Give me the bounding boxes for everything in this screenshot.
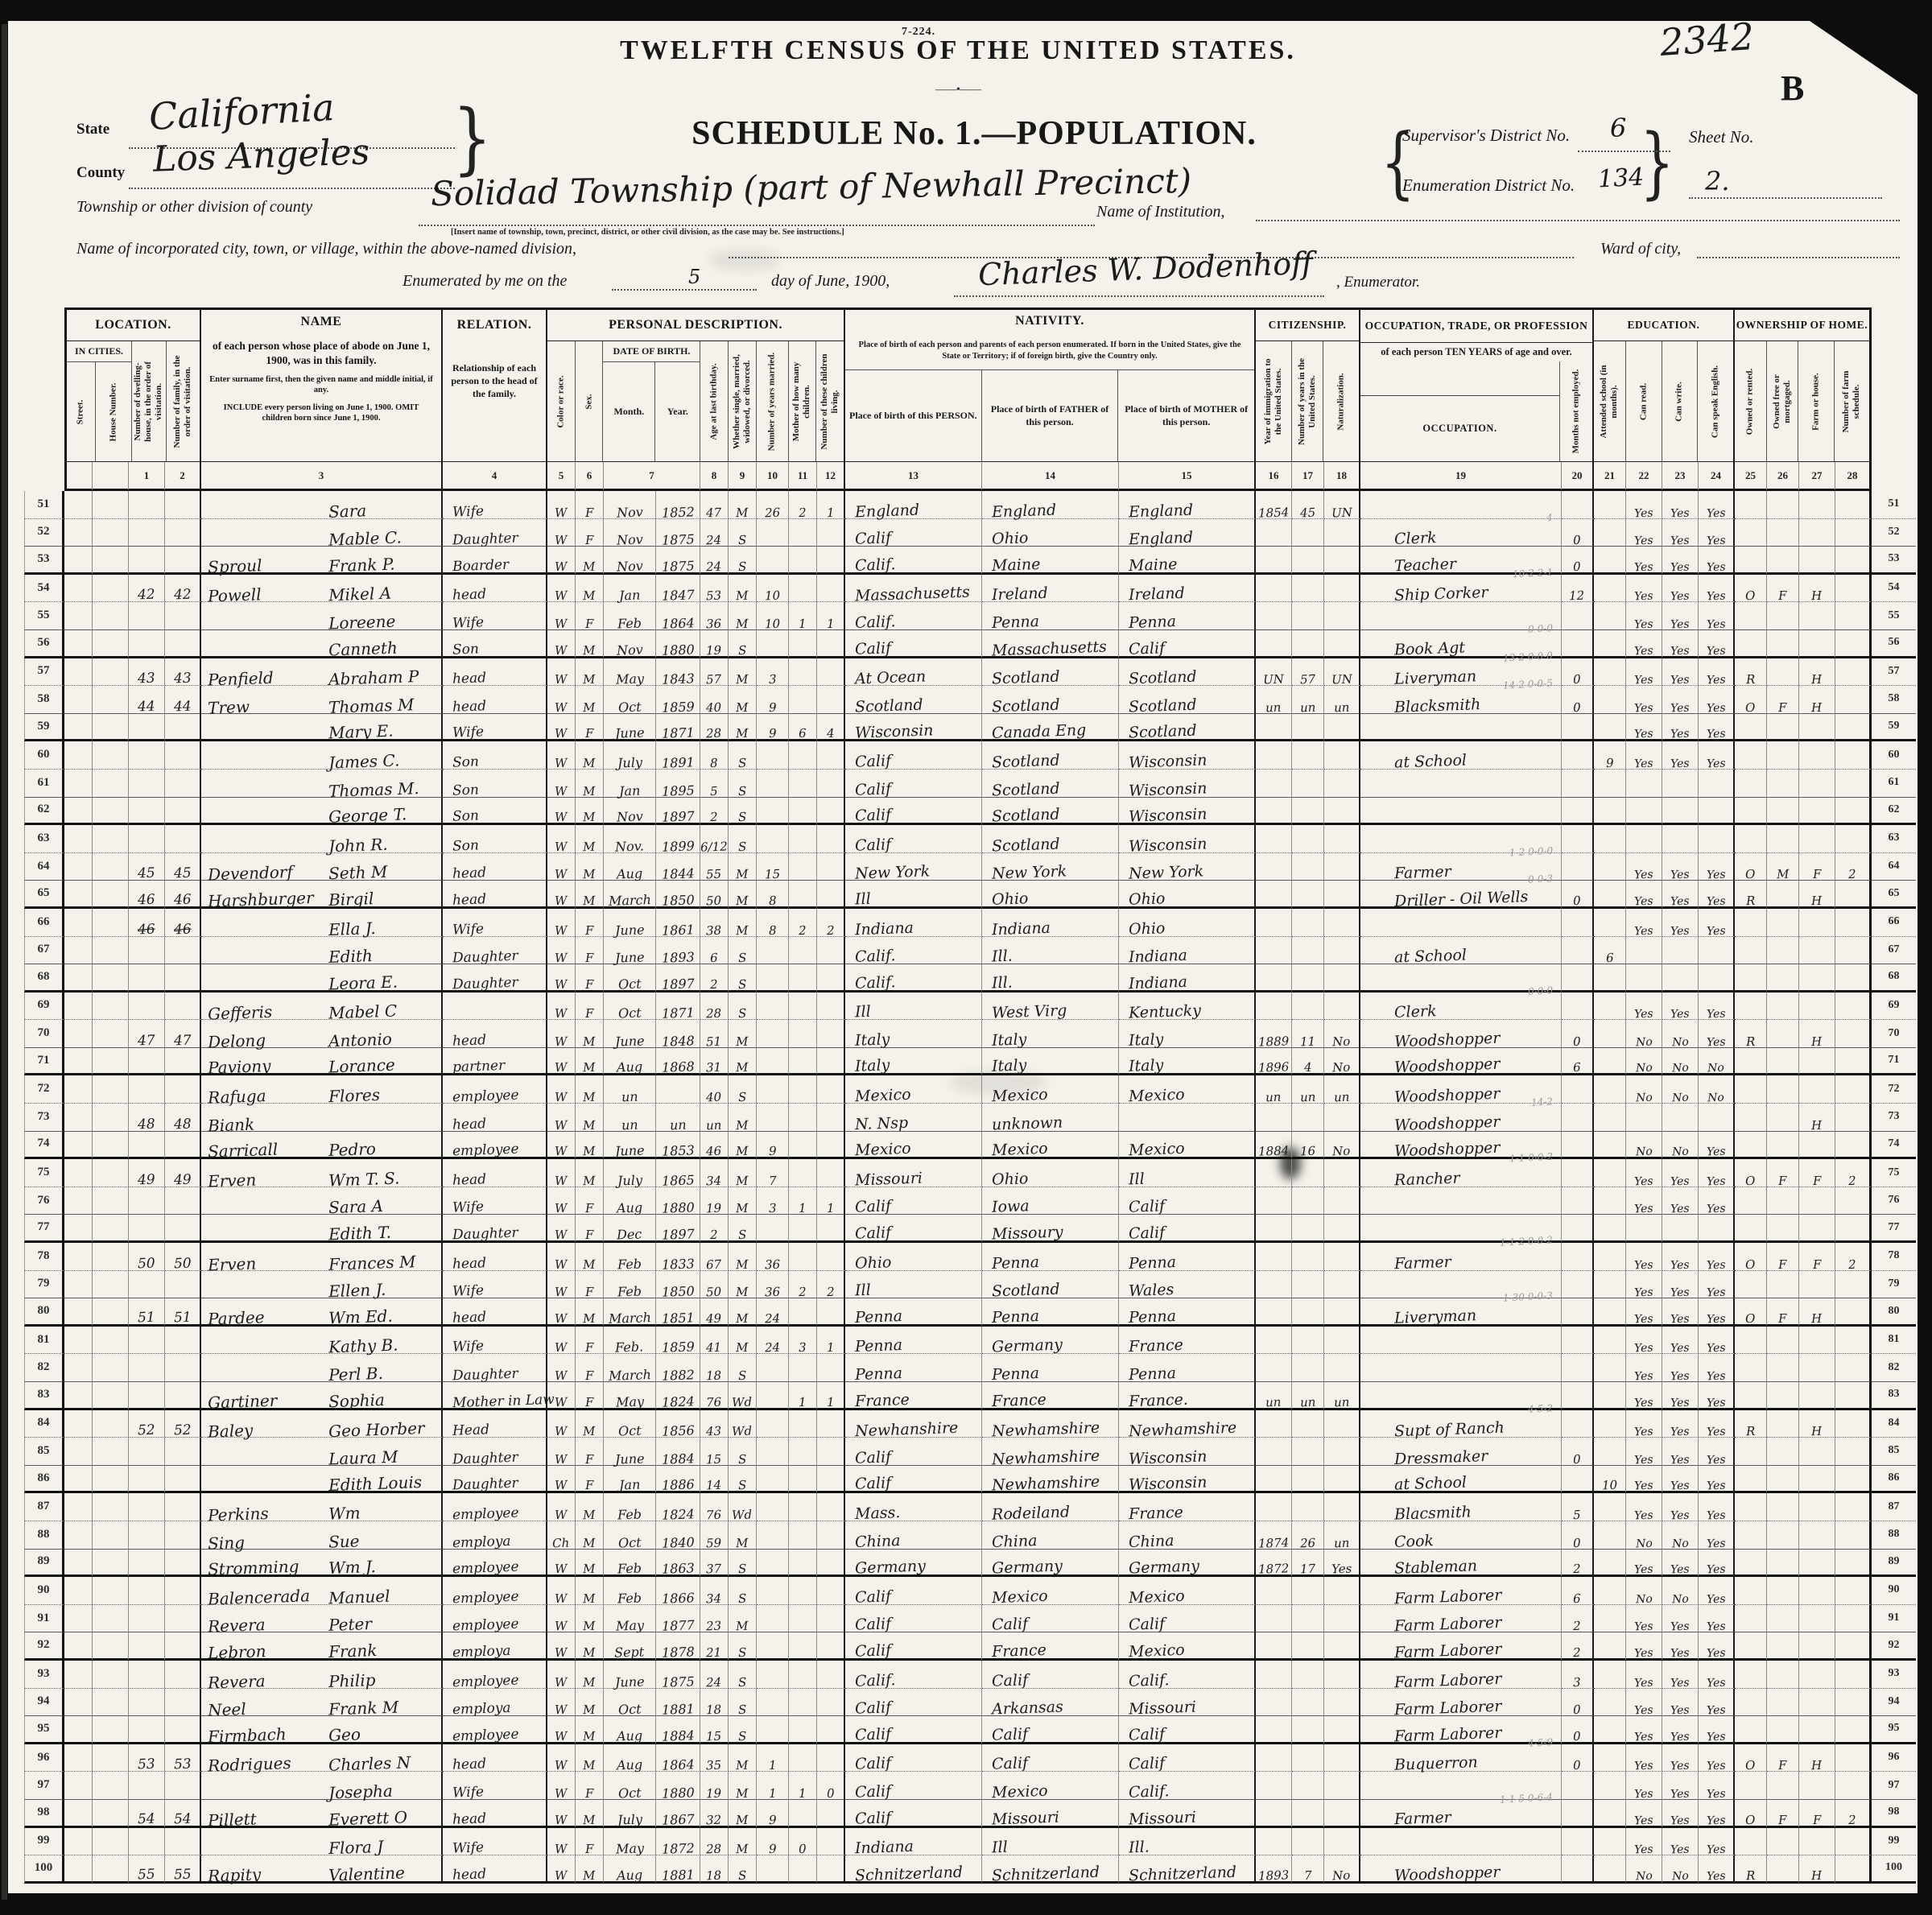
cell-im-row-76 — [1256, 1187, 1292, 1215]
cell-mc-row-54 — [789, 575, 817, 603]
cell-street-row-86 — [64, 1466, 93, 1494]
column-group-education: EDUCATION. Attended school (in months). … — [1594, 307, 1735, 462]
cell-ms-row-85: S — [729, 1438, 757, 1466]
cell-im-row-80 — [1256, 1298, 1292, 1327]
county-line — [129, 187, 455, 189]
cell-b1-row-80: Penna — [845, 1298, 982, 1327]
cell-o3-row-84: H — [1799, 1410, 1835, 1438]
cell-b2-row-96: Calif — [982, 1744, 1119, 1773]
cell-name-row-97: Josepha — [201, 1772, 443, 1800]
cell-na-row-52 — [1324, 519, 1360, 547]
cell-street-row-91 — [64, 1605, 93, 1633]
cell-o2-row-100 — [1767, 1855, 1799, 1884]
cell-f-row-90 — [165, 1577, 201, 1605]
cell-ms-row-55: M — [729, 602, 757, 630]
cell-name-row-94: NeelFrank M — [201, 1689, 443, 1717]
cell-en-row-89: Yes — [1699, 1550, 1735, 1578]
cell-o2-row-72 — [1767, 1075, 1799, 1104]
cell-street-row-68 — [64, 964, 93, 993]
cell-name-row-57: PenfieldAbraham P — [201, 658, 443, 687]
cell-o2-row-60 — [1767, 741, 1799, 770]
cell-mc-row-57 — [789, 658, 817, 687]
cell-house-row-65 — [93, 881, 129, 909]
cell-house-row-80 — [93, 1298, 129, 1327]
row-number-left-68: 68 — [24, 964, 64, 993]
row-number-left-69: 69 — [24, 993, 64, 1021]
row-number-left-72: 72 — [24, 1075, 64, 1104]
cell-f-row-82 — [165, 1354, 201, 1382]
cell-mu-row-91: 2 — [1562, 1605, 1594, 1633]
cell-mo-row-99: May — [604, 1828, 656, 1856]
row-number-left-83: 83 — [24, 1382, 64, 1410]
cell-mu-row-80 — [1562, 1298, 1594, 1327]
cell-c-row-76: W — [547, 1187, 576, 1215]
cell-mo-row-51: Nov — [604, 491, 656, 519]
cell-oc-row-99 — [1360, 1828, 1562, 1856]
colnum-11: 11 — [789, 462, 817, 491]
cell-f-row-58: 44 — [165, 686, 201, 714]
cell-yr-row-60: 1891 — [656, 741, 700, 770]
cell-o2-row-99 — [1767, 1828, 1799, 1856]
row-number-left-52: 52 — [24, 519, 64, 547]
cell-mc-row-53 — [789, 547, 817, 575]
row-number-left-86: 86 — [24, 1466, 64, 1494]
cell-sc-row-55 — [1594, 602, 1626, 630]
cell-wr-row-67 — [1662, 937, 1699, 965]
cell-rel-row-92: employa — [443, 1632, 547, 1661]
cell-yu-row-89: 17 — [1292, 1550, 1324, 1578]
cell-b2-row-84: Newhamshire — [982, 1410, 1119, 1438]
cell-en-row-81: Yes — [1699, 1327, 1735, 1355]
cell-b2-row-79: Scotland — [982, 1271, 1119, 1299]
cell-sc-row-51 — [1594, 491, 1626, 519]
cell-yr-row-96: 1864 — [656, 1744, 700, 1773]
cell-o2-row-78: F — [1767, 1243, 1799, 1271]
cell-f-row-76 — [165, 1187, 201, 1215]
row-number-right-51: 51 — [1872, 491, 1916, 519]
cell-d-row-88 — [129, 1521, 165, 1550]
cell-house-row-86 — [93, 1466, 129, 1494]
cell-na-row-93 — [1324, 1661, 1360, 1689]
cell-f-row-62 — [165, 798, 201, 826]
cell-name-row-74: SarricallPedro — [201, 1132, 443, 1160]
personal-description-heading: PERSONAL DESCRIPTION. — [547, 310, 844, 341]
cell-mc-row-76: 1 — [789, 1187, 817, 1215]
cell-sx-row-73: M — [576, 1104, 604, 1132]
cell-b1-row-68: Calif. — [845, 964, 982, 993]
cell-wr-row-61 — [1662, 770, 1699, 798]
cell-b3-row-85: Wisconsin — [1119, 1438, 1256, 1466]
cell-f-row-59 — [165, 714, 201, 742]
cell-rd-row-97: Yes — [1626, 1772, 1662, 1800]
colnum-24: 24 — [1699, 462, 1735, 491]
cell-o3-row-74 — [1799, 1132, 1835, 1160]
row-number-left-78: 78 — [24, 1243, 64, 1271]
cell-o3-row-54: H — [1799, 575, 1835, 603]
cell-cl-row-78 — [817, 1243, 845, 1271]
cell-na-row-94 — [1324, 1689, 1360, 1717]
cell-house-row-98 — [93, 1800, 129, 1828]
institution-line — [1256, 219, 1900, 221]
cell-na-row-65 — [1324, 881, 1360, 909]
cell-o2-row-66 — [1767, 909, 1799, 937]
cell-house-row-77 — [93, 1215, 129, 1243]
cell-d-row-56 — [129, 630, 165, 658]
cell-o3-row-92 — [1799, 1632, 1835, 1661]
cell-rd-row-62 — [1626, 798, 1662, 826]
cell-c-row-55: W — [547, 602, 576, 630]
cell-f-row-70: 47 — [165, 1020, 201, 1048]
colnum-19: 19 — [1360, 462, 1562, 491]
cell-mc-row-65 — [789, 881, 817, 909]
cell-sx-row-70: M — [576, 1020, 604, 1048]
row-number-right-90: 90 — [1872, 1577, 1916, 1605]
cell-sc-row-88 — [1594, 1521, 1626, 1550]
row-number-right-54: 54 — [1872, 575, 1916, 603]
cell-en-row-83: Yes — [1699, 1382, 1735, 1410]
cell-ag-row-74: 46 — [700, 1132, 729, 1160]
cell-name-row-72: RafugaFlores — [201, 1075, 443, 1104]
enumerator-suffix: , Enumerator. — [1336, 274, 1420, 291]
cell-mu-row-84 — [1562, 1410, 1594, 1438]
cell-mu-row-82 — [1562, 1354, 1594, 1382]
cell-na-row-54 — [1324, 575, 1360, 603]
cell-o4-row-55 — [1835, 602, 1872, 630]
cell-street-row-88 — [64, 1521, 93, 1550]
cell-mu-row-85: 0 — [1562, 1438, 1594, 1466]
row-number-right-64: 64 — [1872, 853, 1916, 881]
cell-sx-row-100: M — [576, 1855, 604, 1884]
column-header-month: Month. — [603, 362, 655, 461]
cell-rel-row-91: employee — [443, 1605, 547, 1633]
colnum-25: 25 — [1735, 462, 1767, 491]
cell-im-row-88: 1874 — [1256, 1521, 1292, 1550]
cell-o1-row-59 — [1735, 714, 1767, 742]
cell-mo-row-66: June — [604, 909, 656, 937]
cell-mu-row-76 — [1562, 1187, 1594, 1215]
cell-d-row-60 — [129, 741, 165, 770]
cell-sx-row-85: F — [576, 1438, 604, 1466]
cell-o2-row-57 — [1767, 658, 1799, 687]
cell-oc-row-84: 4-5-2Supt of Ranch — [1360, 1410, 1562, 1438]
cell-name-row-65: HarshburgerBirgil — [201, 881, 443, 909]
enumerated-day-line — [612, 288, 757, 291]
cell-b1-row-52: Calif — [845, 519, 982, 547]
cell-ag-row-64: 55 — [700, 853, 729, 881]
cell-mo-row-67: June — [604, 937, 656, 965]
cell-ms-row-84: Wd — [729, 1410, 757, 1438]
cell-mo-row-80: March — [604, 1298, 656, 1327]
row-number-left-88: 88 — [24, 1521, 64, 1550]
cell-sx-row-55: F — [576, 602, 604, 630]
column-header-attended-school: Attended school (in months). — [1594, 341, 1626, 461]
cell-c-row-61: W — [547, 770, 576, 798]
cell-en-row-97: Yes — [1699, 1772, 1735, 1800]
cell-mc-row-71 — [789, 1048, 817, 1076]
cell-mu-row-100 — [1562, 1855, 1594, 1884]
cell-yu-row-73 — [1292, 1104, 1324, 1132]
cell-b2-row-100: Schnitzerland — [982, 1855, 1119, 1884]
cell-ag-row-89: 37 — [700, 1550, 729, 1578]
cell-b3-row-86: Wisconsin — [1119, 1466, 1256, 1494]
cell-ym-row-65: 8 — [757, 881, 789, 909]
cell-b3-row-88: China — [1119, 1521, 1256, 1550]
cell-yu-row-87 — [1292, 1493, 1324, 1521]
cell-b1-row-92: Calif — [845, 1632, 982, 1661]
cell-sc-row-84 — [1594, 1410, 1626, 1438]
cell-im-row-64 — [1256, 853, 1292, 881]
cell-d-row-53 — [129, 547, 165, 575]
cell-o2-row-83 — [1767, 1382, 1799, 1410]
cell-d-row-54: 42 — [129, 575, 165, 603]
cell-name-row-54: PowellMikel A — [201, 575, 443, 603]
cell-house-row-54 — [93, 575, 129, 603]
cell-mo-row-79: Feb — [604, 1271, 656, 1299]
cell-ym-row-94 — [757, 1689, 789, 1717]
cell-street-row-65 — [64, 881, 93, 909]
row-number-left-90: 90 — [24, 1577, 64, 1605]
cell-o3-row-83 — [1799, 1382, 1835, 1410]
cell-sc-row-58 — [1594, 686, 1626, 714]
cell-ms-row-81: M — [729, 1327, 757, 1355]
cell-mu-row-70: 0 — [1562, 1020, 1594, 1048]
cell-mc-row-100 — [789, 1855, 817, 1884]
cell-na-row-76 — [1324, 1187, 1360, 1215]
cell-o3-row-85 — [1799, 1438, 1835, 1466]
cell-o3-row-69 — [1799, 993, 1835, 1021]
cell-cl-row-67 — [817, 937, 845, 965]
cell-rd-row-98: Yes — [1626, 1800, 1662, 1828]
cell-b1-row-72: Mexico — [845, 1075, 982, 1104]
cell-o1-row-86 — [1735, 1466, 1767, 1494]
cell-rel-row-61: Son — [443, 770, 547, 798]
cell-rel-row-98: head — [443, 1800, 547, 1828]
cell-cl-row-61 — [817, 770, 845, 798]
cell-o4-row-58 — [1835, 686, 1872, 714]
cell-d-row-69 — [129, 993, 165, 1021]
cell-b3-row-100: Schnitzerland — [1119, 1855, 1256, 1884]
cell-yr-row-54: 1847 — [656, 575, 700, 603]
cell-wr-row-77 — [1662, 1215, 1699, 1243]
cell-sc-row-59 — [1594, 714, 1626, 742]
cell-o2-row-58: F — [1767, 686, 1799, 714]
column-header-owned-rented: Owned or rented. — [1735, 341, 1767, 461]
cell-rel-row-59: Wife — [443, 714, 547, 742]
cell-mo-row-83: May — [604, 1382, 656, 1410]
cell-sx-row-68: F — [576, 964, 604, 993]
cell-o4-row-56 — [1835, 630, 1872, 658]
cell-b1-row-54: Massachusetts — [845, 575, 982, 603]
enumeration-district-label: Enumeration District No. — [1402, 175, 1575, 196]
cell-ym-row-58: 9 — [757, 686, 789, 714]
cell-yu-row-85 — [1292, 1438, 1324, 1466]
cell-rel-row-69 — [443, 993, 547, 1021]
cell-o1-row-99 — [1735, 1828, 1767, 1856]
row-number-left-59: 59 — [24, 714, 64, 742]
cell-mc-row-75 — [789, 1159, 817, 1187]
cell-o4-row-86 — [1835, 1466, 1872, 1494]
cell-c-row-87: W — [547, 1493, 576, 1521]
cell-f-row-86 — [165, 1466, 201, 1494]
cell-mc-row-78 — [789, 1243, 817, 1271]
cell-street-row-81 — [64, 1327, 93, 1355]
cell-yu-row-69 — [1292, 993, 1324, 1021]
cell-ag-row-53: 24 — [700, 547, 729, 575]
cell-street-row-97 — [64, 1772, 93, 1800]
cell-c-row-73: W — [547, 1104, 576, 1132]
cell-en-row-85: Yes — [1699, 1438, 1735, 1466]
cell-yr-row-100: 1881 — [656, 1855, 700, 1884]
cell-oc-row-78: 1-1-2 0-0-2Farmer — [1360, 1243, 1562, 1271]
cell-c-row-75: W — [547, 1159, 576, 1187]
cell-b2-row-69: West Virg — [982, 993, 1119, 1021]
cell-mu-row-73 — [1562, 1104, 1594, 1132]
cell-yr-row-82: 1882 — [656, 1354, 700, 1382]
cell-sc-row-76 — [1594, 1187, 1626, 1215]
cell-name-row-83: GartinerSophia — [201, 1382, 443, 1410]
cell-en-row-88: Yes — [1699, 1521, 1735, 1550]
cell-mc-row-85 — [789, 1438, 817, 1466]
cell-ym-row-59: 9 — [757, 714, 789, 742]
cell-ag-row-83: 76 — [700, 1382, 729, 1410]
cell-mc-row-79: 2 — [789, 1271, 817, 1299]
cell-name-row-80: PardeeWm Ed. — [201, 1298, 443, 1327]
cell-b1-row-55: Calif. — [845, 602, 982, 630]
cell-wr-row-71: No — [1662, 1048, 1699, 1076]
cell-o1-row-60 — [1735, 741, 1767, 770]
cell-c-row-72: W — [547, 1075, 576, 1104]
cell-o4-row-60 — [1835, 741, 1872, 770]
cell-street-row-70 — [64, 1020, 93, 1048]
cell-na-row-88: un — [1324, 1521, 1360, 1550]
row-number-right-78: 78 — [1872, 1243, 1916, 1271]
row-number-right-94: 94 — [1872, 1689, 1916, 1717]
written-page-number: 2342 — [1658, 14, 1756, 64]
nativity-heading: NATIVITY. — [845, 310, 1254, 332]
cell-wr-row-56: Yes — [1662, 630, 1699, 658]
cell-sx-row-54: M — [576, 575, 604, 603]
cell-ym-row-70 — [757, 1020, 789, 1048]
row-number-left-85: 85 — [24, 1438, 64, 1466]
cell-mu-row-83 — [1562, 1382, 1594, 1410]
cell-wr-row-98: Yes — [1662, 1800, 1699, 1828]
cell-sx-row-82: F — [576, 1354, 604, 1382]
cell-d-row-70: 47 — [129, 1020, 165, 1048]
cell-name-row-84: BaleyGeo Horber — [201, 1410, 443, 1438]
cell-ms-row-57: M — [729, 658, 757, 687]
cell-b2-row-74: Mexico — [982, 1132, 1119, 1160]
cell-yu-row-93 — [1292, 1661, 1324, 1689]
cell-sx-row-72: M — [576, 1075, 604, 1104]
cell-o1-row-100: R — [1735, 1855, 1767, 1884]
cell-rel-row-82: Daughter — [443, 1354, 547, 1382]
colnum-5: 5 — [547, 462, 576, 491]
cell-ym-row-52 — [757, 519, 789, 547]
cell-c-row-70: W — [547, 1020, 576, 1048]
cell-ms-row-61: S — [729, 770, 757, 798]
cell-ag-row-75: 34 — [700, 1159, 729, 1187]
cell-o2-row-87 — [1767, 1493, 1799, 1521]
cell-rd-row-82: Yes — [1626, 1354, 1662, 1382]
cell-mc-row-81: 3 — [789, 1327, 817, 1355]
cell-rd-row-92: Yes — [1626, 1632, 1662, 1661]
cell-sx-row-91: M — [576, 1605, 604, 1633]
cell-street-row-82 — [64, 1354, 93, 1382]
cell-b3-row-52: England — [1119, 519, 1256, 547]
cell-yr-row-59: 1871 — [656, 714, 700, 742]
cell-d-row-72 — [129, 1075, 165, 1104]
cell-cl-row-87 — [817, 1493, 845, 1521]
cell-yr-row-65: 1850 — [656, 881, 700, 909]
cell-b3-row-72: Mexico — [1119, 1075, 1256, 1104]
cell-f-row-51 — [165, 491, 201, 519]
cell-o4-row-68 — [1835, 964, 1872, 993]
row-number-left-89: 89 — [24, 1550, 64, 1578]
colnum-18: 18 — [1324, 462, 1360, 491]
cell-f-row-96: 53 — [165, 1744, 201, 1773]
cell-mo-row-89: Feb — [604, 1550, 656, 1578]
cell-na-row-84 — [1324, 1410, 1360, 1438]
cell-ms-row-88: M — [729, 1521, 757, 1550]
cell-d-row-65: 46 — [129, 881, 165, 909]
cell-mo-row-61: Jan — [604, 770, 656, 798]
cell-c-row-60: W — [547, 741, 576, 770]
cell-yu-row-60 — [1292, 741, 1324, 770]
cell-cl-row-90 — [817, 1577, 845, 1605]
cell-mo-row-58: Oct — [604, 686, 656, 714]
row-number-right-93: 93 — [1872, 1661, 1916, 1689]
cell-sx-row-83: F — [576, 1382, 604, 1410]
cell-house-row-64 — [93, 853, 129, 881]
cell-d-row-90 — [129, 1577, 165, 1605]
cell-mu-row-60 — [1562, 741, 1594, 770]
cell-b1-row-96: Calif — [845, 1744, 982, 1773]
cell-im-row-57: UN — [1256, 658, 1292, 687]
row-number-right-98: 98 — [1872, 1800, 1916, 1828]
cell-oc-row-73: 14-2Woodshopper — [1360, 1104, 1562, 1132]
cell-rd-row-96: Yes — [1626, 1744, 1662, 1773]
cell-o2-row-92 — [1767, 1632, 1799, 1661]
column-group-ownership: OWNERSHIP OF HOME. Owned or rented. Owne… — [1735, 307, 1872, 462]
supervisor-district-value: 6 — [1610, 113, 1626, 143]
cell-street-row-77 — [64, 1215, 93, 1243]
cell-im-row-99 — [1256, 1828, 1292, 1856]
cell-en-row-69: Yes — [1699, 993, 1735, 1021]
row-number-left-80: 80 — [24, 1298, 64, 1327]
cell-wr-row-53: Yes — [1662, 547, 1699, 575]
cell-rel-row-94: employa — [443, 1689, 547, 1717]
cell-ym-row-93 — [757, 1661, 789, 1689]
cell-rd-row-95: Yes — [1626, 1716, 1662, 1744]
cell-yr-row-89: 1863 — [656, 1550, 700, 1578]
cell-street-row-55 — [64, 602, 93, 630]
cell-street-row-72 — [64, 1075, 93, 1104]
column-header-street: Street. — [67, 362, 96, 461]
row-number-left-79: 79 — [24, 1271, 64, 1299]
cell-rd-row-61 — [1626, 770, 1662, 798]
cell-yr-row-87: 1824 — [656, 1493, 700, 1521]
cell-yr-row-57: 1843 — [656, 658, 700, 687]
cell-na-row-70: No — [1324, 1020, 1360, 1048]
cell-b2-row-64: New York — [982, 853, 1119, 881]
cell-wr-row-83: Yes — [1662, 1382, 1699, 1410]
cell-o2-row-63 — [1767, 825, 1799, 853]
cell-mc-row-95 — [789, 1716, 817, 1744]
cell-sx-row-99: F — [576, 1828, 604, 1856]
cell-name-row-75: ErvenWm T. S. — [201, 1159, 443, 1187]
cell-b2-row-52: Ohio — [982, 519, 1119, 547]
cell-wr-row-94: Yes — [1662, 1689, 1699, 1717]
